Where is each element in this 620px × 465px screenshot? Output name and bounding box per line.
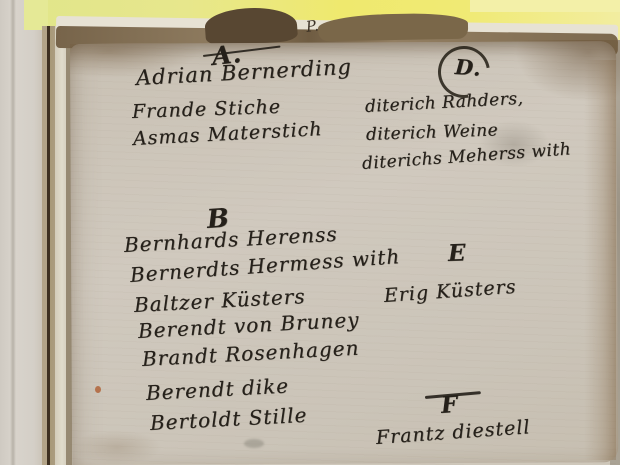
manuscript-photo: P. A. Adrian Bernerding Frande Stiche As… — [0, 0, 620, 465]
section-d-header: D. — [454, 54, 482, 81]
section-e-header: E — [448, 239, 467, 267]
page-mark: P. — [305, 16, 321, 36]
sticky-note-pale-strip — [470, 0, 620, 12]
left-page-stack — [0, 0, 46, 465]
book-gutter — [42, 26, 72, 465]
